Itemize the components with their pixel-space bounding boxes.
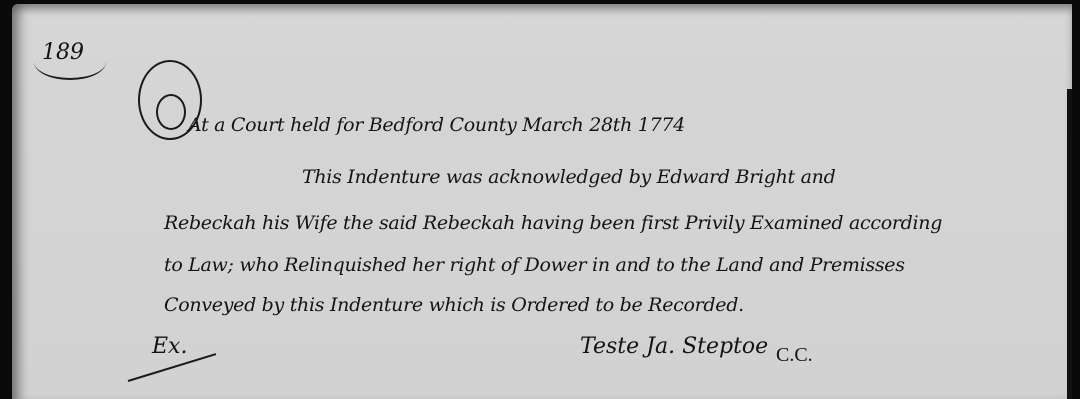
page-edge [1067, 89, 1072, 399]
page-number: 189 [42, 40, 84, 65]
signature-name: Ja. Steptoe [646, 334, 768, 359]
record-heading: At a Court held for Bedford County March… [188, 114, 685, 136]
body-line-3: to Law; who Relinquished her right of Do… [164, 254, 905, 276]
signature: Teste Ja. Steptoe [580, 334, 768, 359]
decorative-initial-loop [156, 94, 186, 130]
signature-title: C.C. [776, 344, 813, 367]
document-page: 189 At a Court held for Bedford County M… [12, 4, 1072, 399]
signature-prefix: Teste [580, 334, 639, 359]
body-line-4: Conveyed by this Indenture which is Orde… [164, 294, 744, 316]
marginal-note: Ex. [152, 334, 187, 359]
body-line-1: This Indenture was acknowledged by Edwar… [302, 166, 835, 188]
body-line-2: Rebeckah his Wife the said Rebeckah havi… [164, 212, 942, 234]
